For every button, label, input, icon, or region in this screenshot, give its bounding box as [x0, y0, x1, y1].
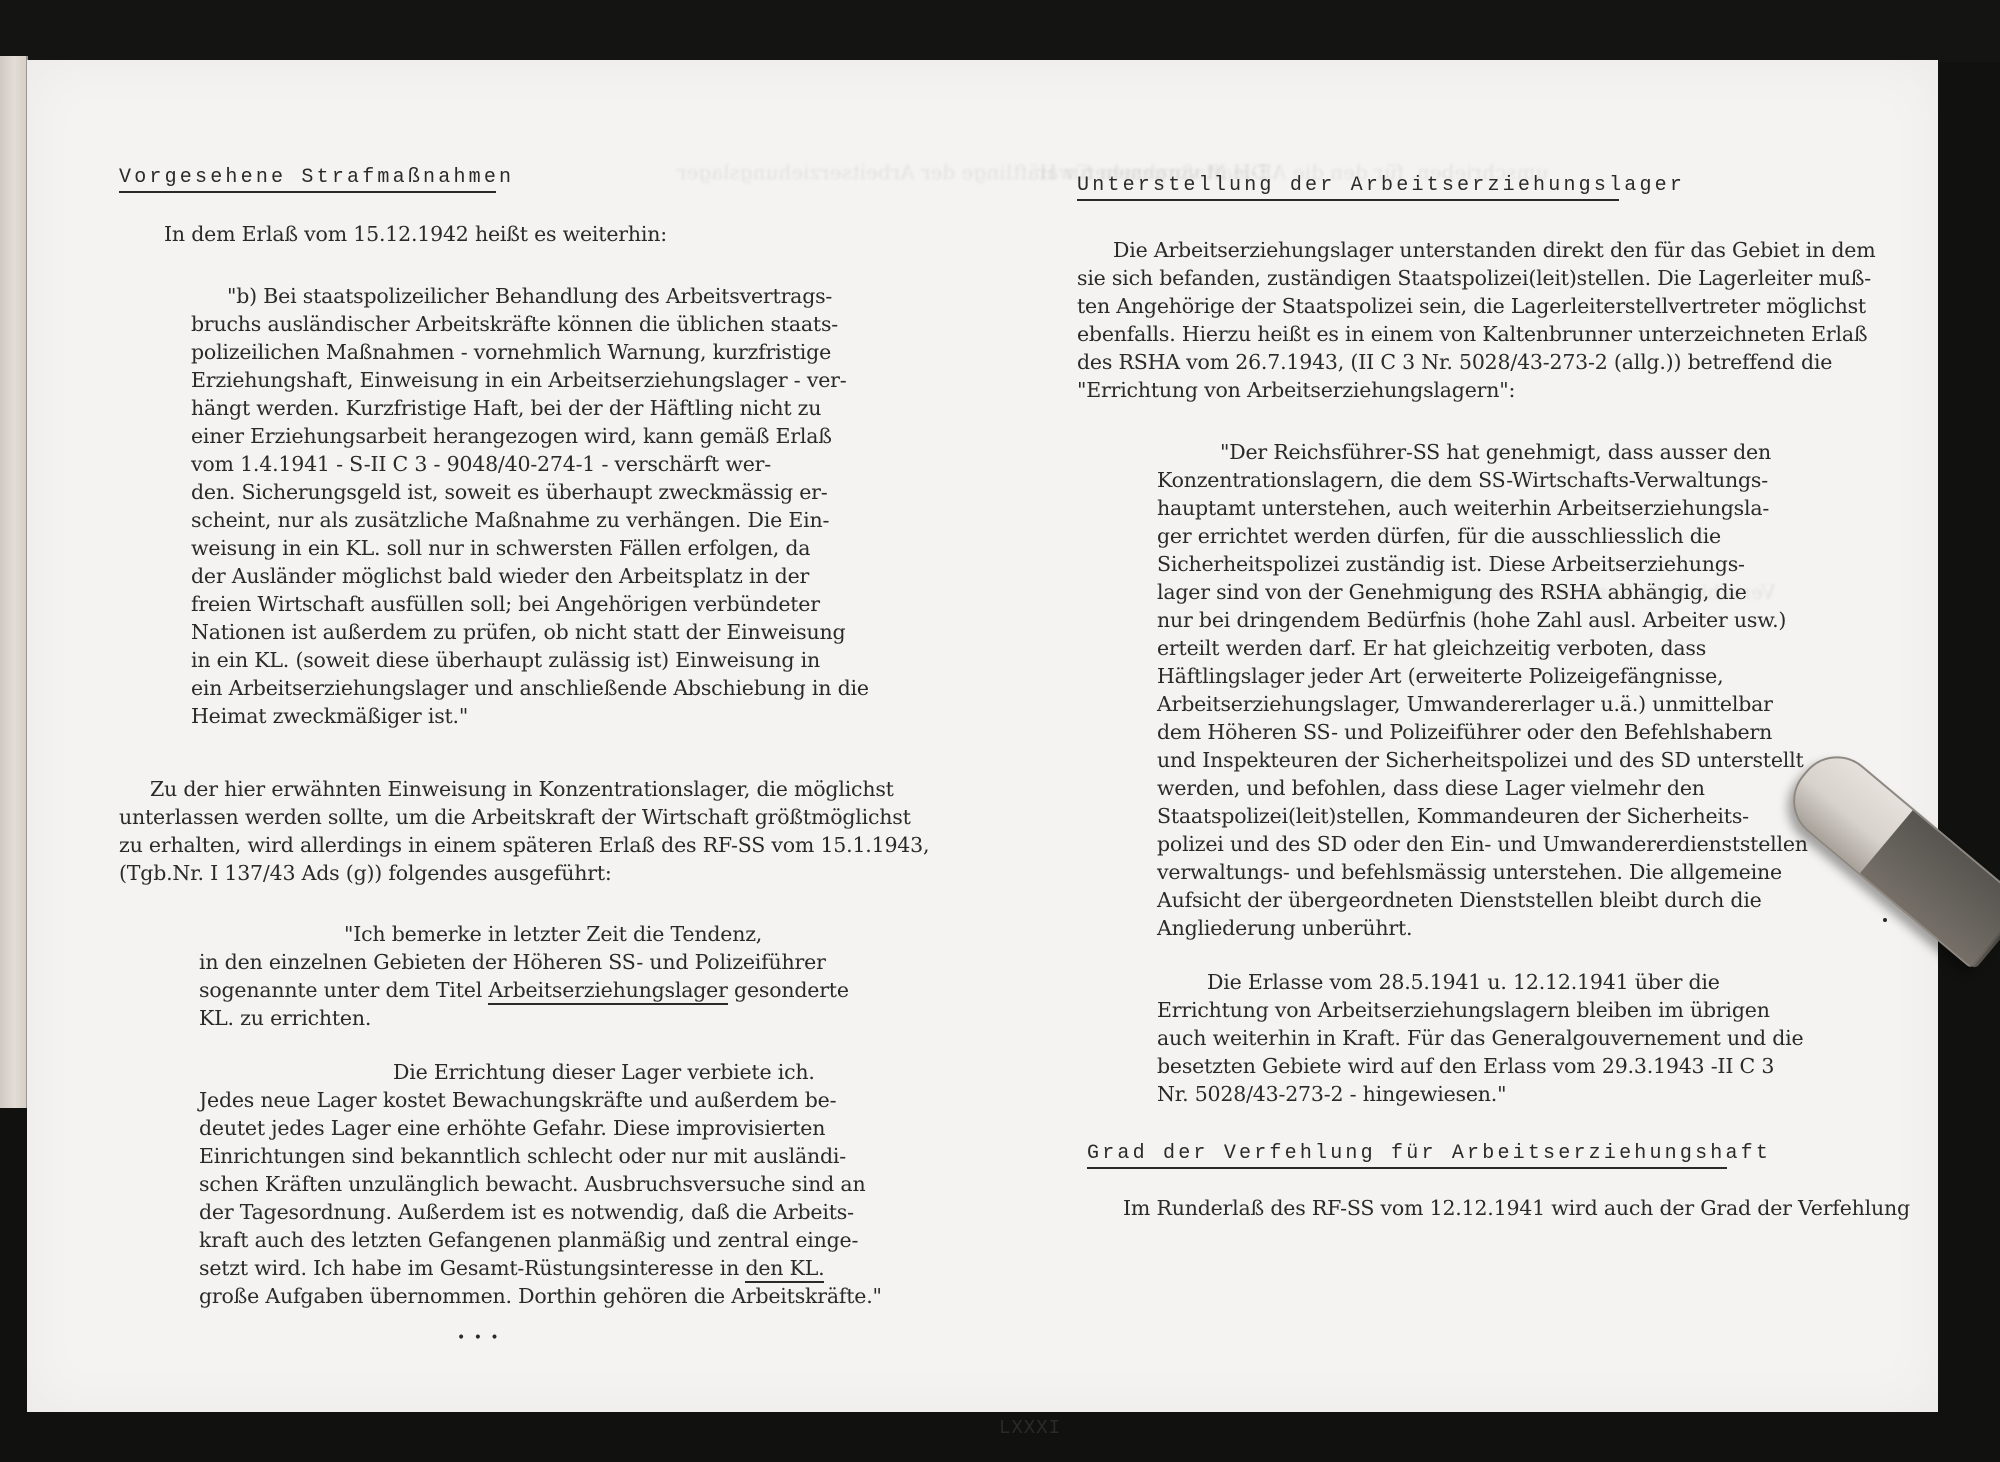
page-number: LXXXI: [999, 1417, 1061, 1439]
paragraph-line: (Tgb.Nr. I 137/43 Ads (g)) folgendes aus…: [119, 861, 612, 885]
quote-line: kraft auch des letzten Gefangenen planmä…: [199, 1228, 858, 1252]
heading-underline: [119, 191, 496, 193]
paragraph-line: zu erhalten, wird allerdings in einem sp…: [119, 833, 929, 857]
quote-line: bruchs ausländischer Arbeitskräfte könne…: [191, 312, 838, 336]
quote-line: setzt wird. Ich habe im Gesamt-Rüstungsi…: [199, 1256, 824, 1280]
quote-line: Konzentrationslagern, die dem SS-Wirtsch…: [1157, 468, 1768, 492]
quote-line: freien Wirtschaft ausfüllen soll; bei An…: [191, 592, 820, 616]
ellipsis: • • •: [457, 1326, 501, 1350]
heading-underline: [1077, 199, 1619, 201]
quote-line: KL. zu errichten.: [199, 1006, 371, 1030]
quote-line: hängt werden. Kurzfristige Haft, bei der…: [191, 396, 821, 420]
quote-line: Aufsicht der übergeordneten Dienststelle…: [1157, 888, 1762, 912]
quote-text: sogenannte unter dem Titel: [199, 978, 488, 1002]
quote-line: Einrichtungen sind bekanntlich schlecht …: [199, 1144, 846, 1168]
section-heading-strafmassnahmen: Vorgesehene Strafmaßnahmen: [119, 166, 514, 190]
quote-line: lager sind von der Genehmigung des RSHA …: [1157, 580, 1747, 604]
quote-line: Nr. 5028/43-273-2 - hingewiesen.": [1157, 1082, 1506, 1106]
scan-background-top: [0, 0, 2000, 62]
quote-line: Erziehungshaft, Einweisung in ein Arbeit…: [191, 368, 846, 392]
quote-line: hauptamt unterstehen, auch weiterhin Arb…: [1157, 496, 1769, 520]
paragraph-line: Im Runderlaß des RF-SS vom 12.12.1941 wi…: [1123, 1196, 1910, 1220]
quote-line: Heimat zweckmäßiger ist.": [191, 704, 468, 728]
quote-line: der Tagesordnung. Außerdem ist es notwen…: [199, 1200, 854, 1224]
quote-line: erteilt werden darf. Er hat gleichzeitig…: [1157, 636, 1706, 660]
underlined-term: den KL.: [745, 1256, 824, 1283]
heading-underline: [1087, 1167, 1727, 1169]
quote-text: setzt wird. Ich habe im Gesamt-Rüstungsi…: [199, 1256, 745, 1280]
quote-line: einer Erziehungsarbeit herangezogen wird…: [191, 424, 832, 448]
heading-text: Unterstellung der Arbeitserziehungslager: [1077, 174, 1685, 197]
quote-line: in den einzelnen Gebieten der Höheren SS…: [199, 950, 826, 974]
quote-line: den. Sicherungsgeld ist, soweit es überh…: [191, 480, 827, 504]
quote-line: vom 1.4.1941 - S-II C 3 - 9048/40-274-1 …: [191, 452, 771, 476]
quote-line: Sicherheitspolizei zuständig ist. Diese …: [1157, 552, 1745, 576]
quote-line: ger errichtet werden dürfen, für die aus…: [1157, 524, 1721, 548]
quote-line: verwaltungs- und befehlsmässig untersteh…: [1157, 860, 1782, 884]
quote-line: Staatspolizei(leit)stellen, Kommandeuren…: [1157, 804, 1749, 828]
section-heading-grad-der-verfehlung: Grad der Verfehlung für Arbeitserziehung…: [1087, 1142, 1771, 1166]
book-binding-edge: [0, 56, 28, 1108]
quote-line: scheint, nur als zusätzliche Maßnahme zu…: [191, 508, 829, 532]
paragraph-line: des RSHA vom 26.7.1943, (II C 3 Nr. 5028…: [1077, 350, 1832, 374]
book-spread: Die Maßnahmen für Häftlinge der Arbeitse…: [27, 60, 1938, 1412]
quote-line: Angliederung unberührt.: [1157, 916, 1412, 940]
quote-line: schen Kräften unzulänglich bewacht. Ausb…: [199, 1172, 865, 1196]
quote-line: Errichtung von Arbeitserziehungslagern b…: [1157, 998, 1770, 1022]
quote-line: besetzten Gebiete wird auf den Erlass vo…: [1157, 1054, 1774, 1078]
quote-line: weisung in ein KL. soll nur in schwerste…: [191, 536, 810, 560]
quote-line: polizeilichen Maßnahmen - vornehmlich Wa…: [191, 340, 831, 364]
quote-line: "Der Reichsführer-SS hat genehmigt, dass…: [1220, 440, 1771, 464]
quote-line: auch weiterhin in Kraft. Für das General…: [1157, 1026, 1803, 1050]
quote-line: sogenannte unter dem Titel Arbeitserzieh…: [199, 978, 849, 1002]
intro-paragraph: In dem Erlaß vom 15.12.1942 heißt es wei…: [164, 222, 667, 246]
quote-line: in ein KL. (soweit diese überhaupt zuläs…: [191, 648, 820, 672]
section-heading-unterstellung: Unterstellung der Arbeitserziehungslager: [1077, 174, 1685, 198]
quote-line: Die Errichtung dieser Lager verbiete ich…: [393, 1060, 815, 1084]
paragraph-line: unterlassen werden sollte, um die Arbeit…: [119, 805, 911, 829]
heading-text: Grad der Verfehlung für Arbeitserziehung…: [1087, 1142, 1771, 1165]
quote-line: "b) Bei staatspolizeilicher Behandlung d…: [227, 284, 832, 308]
quote-line: große Aufgaben übernommen. Dorthin gehör…: [199, 1284, 882, 1308]
quote-line: Arbeitserziehungslager, Umwandererlager …: [1157, 692, 1773, 716]
quote-line: Die Erlasse vom 28.5.1941 u. 12.12.1941 …: [1207, 970, 1720, 994]
quote-line: der Ausländer möglichst bald wieder den …: [191, 564, 809, 588]
quote-line: Nationen ist außerdem zu prüfen, ob nich…: [191, 620, 845, 644]
quote-line: dem Höheren SS- und Polizeiführer oder d…: [1157, 720, 1772, 744]
quote-line: deutet jedes Lager eine erhöhte Gefahr. …: [199, 1116, 825, 1140]
quote-line: nur bei dringendem Bedürfnis (hohe Zahl …: [1157, 608, 1786, 632]
quote-line: polizei und des SD oder den Ein- und Umw…: [1157, 832, 1808, 856]
quote-line: Häftlingslager jeder Art (erweiterte Pol…: [1157, 664, 1723, 688]
paragraph-line: Zu der hier erwähnten Einweisung in Konz…: [150, 777, 894, 801]
quote-text: gesonderte: [728, 978, 849, 1002]
paragraph-line: ten Angehörige der Staatspolizei sein, d…: [1077, 294, 1866, 318]
quote-line: werden, und befohlen, dass diese Lager v…: [1157, 776, 1705, 800]
paragraph-line: Die Arbeitserziehungslager unterstanden …: [1113, 238, 1875, 262]
heading-text: Vorgesehene Strafmaßnahmen: [119, 166, 514, 189]
paragraph-line: "Errichtung von Arbeitserziehungslagern"…: [1077, 378, 1515, 402]
paper-speck: [1883, 918, 1887, 922]
paragraph-line: ebenfalls. Hierzu heißt es in einem von …: [1077, 322, 1867, 346]
quote-line: und Inspekteuren der Sicherheitspolizei …: [1157, 748, 1804, 772]
quote-line: Jedes neue Lager kostet Bewachungskräfte…: [199, 1088, 836, 1112]
paragraph-line: sie sich befanden, zuständigen Staatspol…: [1077, 266, 1871, 290]
quote-line: ein Arbeitserziehungslager und anschließ…: [191, 676, 869, 700]
quote-line: "Ich bemerke in letzter Zeit die Tendenz…: [344, 922, 762, 946]
underlined-term: Arbeitserziehungslager: [488, 978, 727, 1005]
